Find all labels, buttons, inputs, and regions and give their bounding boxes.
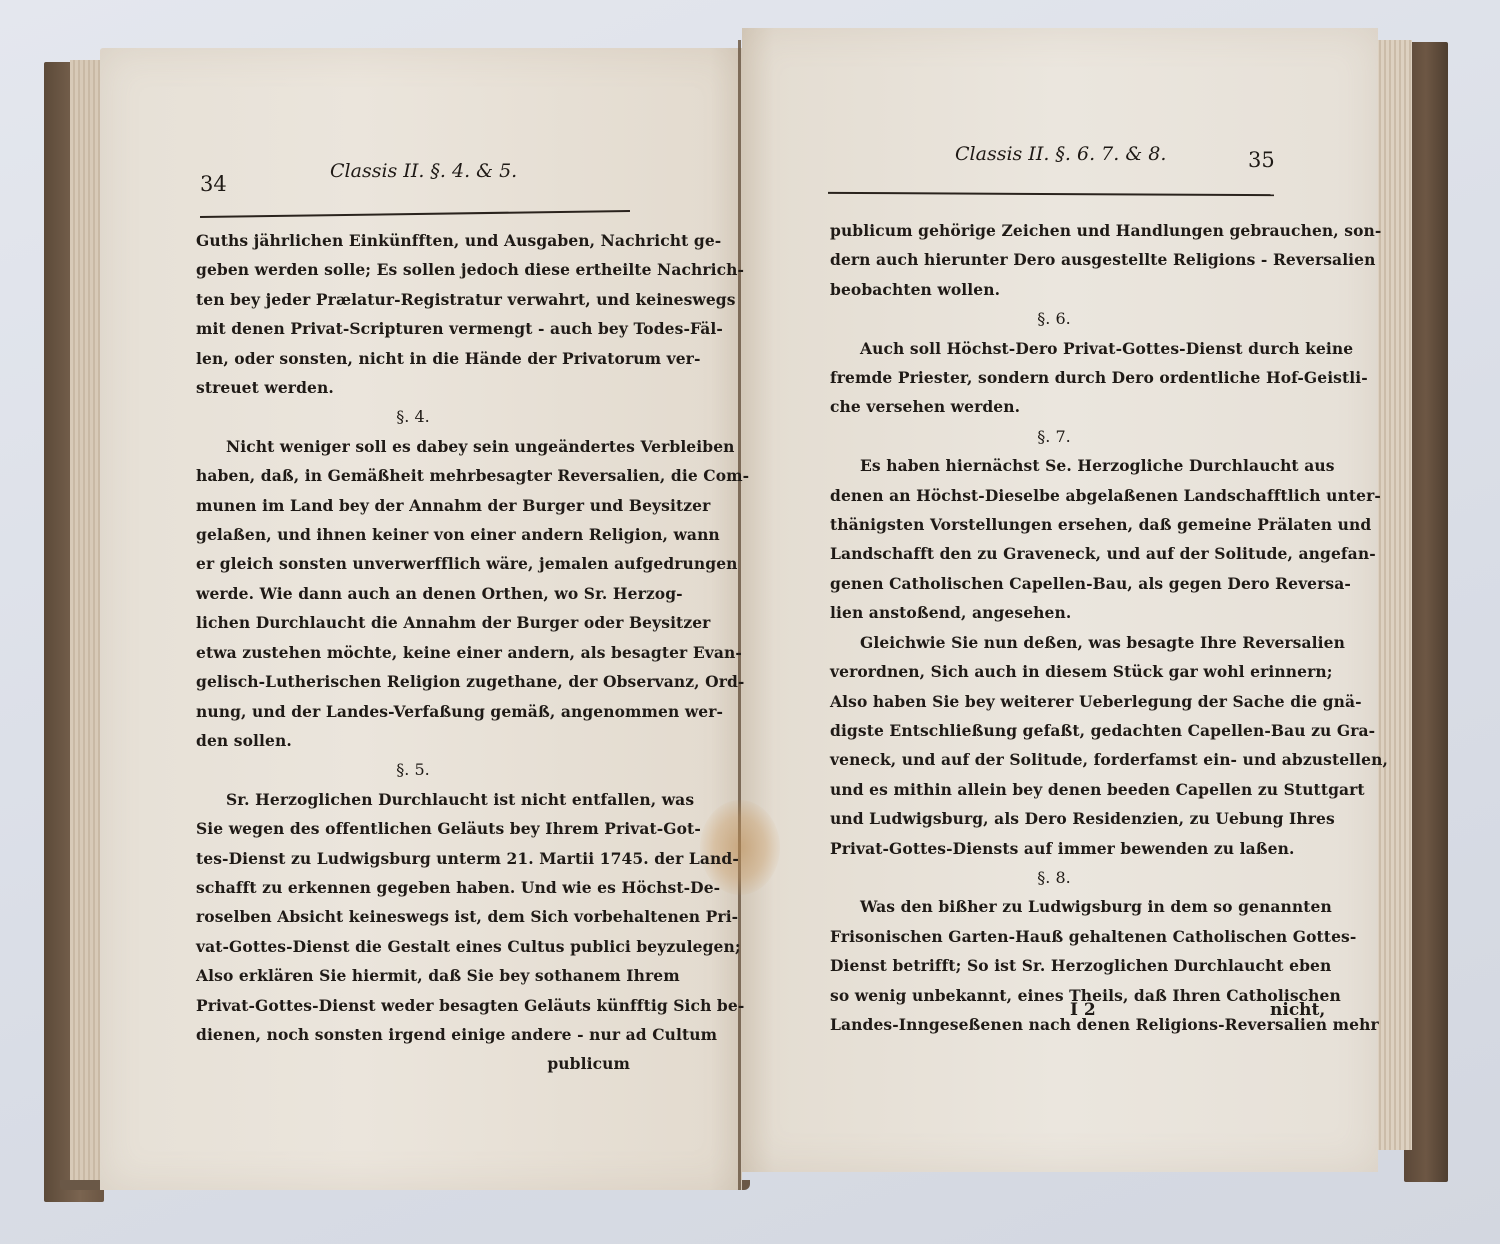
text-line: dern auch hierunter Dero ausgestellte Re… bbox=[830, 245, 1278, 274]
text-line: beobachten wollen. bbox=[830, 275, 1278, 304]
text-line: digste Entschließung gefaßt, gedachten C… bbox=[830, 716, 1278, 745]
text-line: publicum gehörige Zeichen und Handlungen… bbox=[830, 216, 1278, 245]
text-line: len, oder sonsten, nicht in die Hände de… bbox=[196, 344, 630, 373]
text-line: so wenig unbekannt, eines Theils, daß Ih… bbox=[830, 981, 1278, 1010]
text-line: roselben Absicht keineswegs ist, dem Sic… bbox=[196, 902, 630, 931]
text-line: den sollen. bbox=[196, 726, 630, 755]
text-line: und Ludwigsburg, als Dero Residenzien, z… bbox=[830, 804, 1278, 833]
text-line: gelaßen, und ihnen keiner von einer ande… bbox=[196, 520, 630, 549]
text-line: munen im Land bey der Annahm der Burger … bbox=[196, 491, 630, 520]
section-heading-5: §. 5. bbox=[196, 755, 630, 784]
text-line: er gleich sonsten unverwerfflich wäre, j… bbox=[196, 549, 630, 578]
text-line: mit denen Privat-Scripturen vermengt - a… bbox=[196, 314, 630, 343]
text-line: Frisonischen Garten-Hauß gehaltenen Cath… bbox=[830, 922, 1278, 951]
text-line: Was den bißher zu Ludwigsburg in dem so … bbox=[830, 892, 1278, 921]
section-heading-6: §. 6. bbox=[830, 304, 1278, 333]
page-number-left: 34 bbox=[200, 172, 227, 196]
text-line: fremde Priester, sondern durch Dero orde… bbox=[830, 363, 1278, 392]
text-line: ten bey jeder Prælatur-Registratur verwa… bbox=[196, 285, 630, 314]
text-line: verordnen, Sich auch in diesem Stück gar… bbox=[830, 657, 1278, 686]
page-edges-right bbox=[1376, 40, 1412, 1150]
section-heading-4: §. 4. bbox=[196, 402, 630, 431]
text-line: Also haben Sie bey weiterer Ueberlegung … bbox=[830, 687, 1278, 716]
right-page-text: publicum gehörige Zeichen und Handlungen… bbox=[830, 216, 1278, 1039]
text-line: thänigsten Vorstellungen ersehen, daß ge… bbox=[830, 510, 1278, 539]
left-page-text: Guths jährlichen Einkünfften, und Ausgab… bbox=[196, 226, 630, 1079]
text-line: Landes-Inngeseßenen nach denen Religions… bbox=[830, 1010, 1278, 1039]
text-line: genen Catholischen Capellen-Bau, als geg… bbox=[830, 569, 1278, 598]
text-line: Es haben hiernächst Se. Herzogliche Durc… bbox=[830, 451, 1278, 480]
text-line: geben werden solle; Es sollen jedoch die… bbox=[196, 255, 630, 284]
page-number-right: 35 bbox=[1248, 148, 1275, 172]
catchword-left: publicum bbox=[196, 1049, 630, 1078]
running-head-left: Classis II. §. 4. & 5. bbox=[330, 160, 517, 182]
text-line: lien anstoßend, angesehen. bbox=[830, 598, 1278, 627]
text-line: che versehen werden. bbox=[830, 392, 1278, 421]
section-heading-8: §. 8. bbox=[830, 863, 1278, 892]
text-line: veneck, und auf der Solitude, forderfams… bbox=[830, 745, 1278, 774]
section-heading-7: §. 7. bbox=[830, 422, 1278, 451]
text-line: Sie wegen des offentlichen Geläuts bey I… bbox=[196, 814, 630, 843]
catchword-right: nicht, bbox=[1270, 1000, 1325, 1020]
running-head-right: Classis II. §. 6. 7. & 8. bbox=[955, 143, 1166, 165]
text-line: Sr. Herzoglichen Durchlaucht ist nicht e… bbox=[196, 785, 630, 814]
text-line: werde. Wie dann auch an denen Orthen, wo… bbox=[196, 579, 630, 608]
text-line: und es mithin allein bey denen beeden Ca… bbox=[830, 775, 1278, 804]
text-line: Nicht weniger soll es dabey sein ungeänd… bbox=[196, 432, 630, 461]
text-line: etwa zustehen möchte, keine einer andern… bbox=[196, 638, 630, 667]
text-line: Dienst betrifft; So ist Sr. Herzoglichen… bbox=[830, 951, 1278, 980]
text-line: streuet werden. bbox=[196, 373, 630, 402]
text-line: nung, und der Landes-Verfaßung gemäß, an… bbox=[196, 697, 630, 726]
text-line: vat-Gottes-Dienst die Gestalt eines Cult… bbox=[196, 932, 630, 961]
book-gutter bbox=[738, 40, 741, 1190]
text-line: Landschafft den zu Graveneck, und auf de… bbox=[830, 539, 1278, 568]
text-line: denen an Höchst-Dieselbe abgelaßenen Lan… bbox=[830, 481, 1278, 510]
text-line: gelisch-Lutherischen Religion zugethane,… bbox=[196, 667, 630, 696]
text-line: dienen, noch sonsten irgend einige ander… bbox=[196, 1020, 630, 1049]
text-line: Auch soll Höchst-Dero Privat-Gottes-Dien… bbox=[830, 334, 1278, 363]
signature-mark: I 2 bbox=[1070, 1000, 1096, 1020]
text-line: Privat-Gottes-Dienst weder besagten Gelä… bbox=[196, 991, 630, 1020]
text-line: Privat-Gottes-Diensts auf immer bewenden… bbox=[830, 834, 1278, 863]
text-line: tes-Dienst zu Ludwigsburg unterm 21. Mar… bbox=[196, 844, 630, 873]
text-line: Gleichwie Sie nun deßen, was besagte Ihr… bbox=[830, 628, 1278, 657]
text-line: lichen Durchlaucht die Annahm der Burger… bbox=[196, 608, 630, 637]
text-line: schafft zu erkennen gegeben haben. Und w… bbox=[196, 873, 630, 902]
text-line: Guths jährlichen Einkünfften, und Ausgab… bbox=[196, 226, 630, 255]
text-line: haben, daß, in Gemäßheit mehrbesagter Re… bbox=[196, 461, 630, 490]
text-line: Also erklären Sie hiermit, daß Sie bey s… bbox=[196, 961, 630, 990]
